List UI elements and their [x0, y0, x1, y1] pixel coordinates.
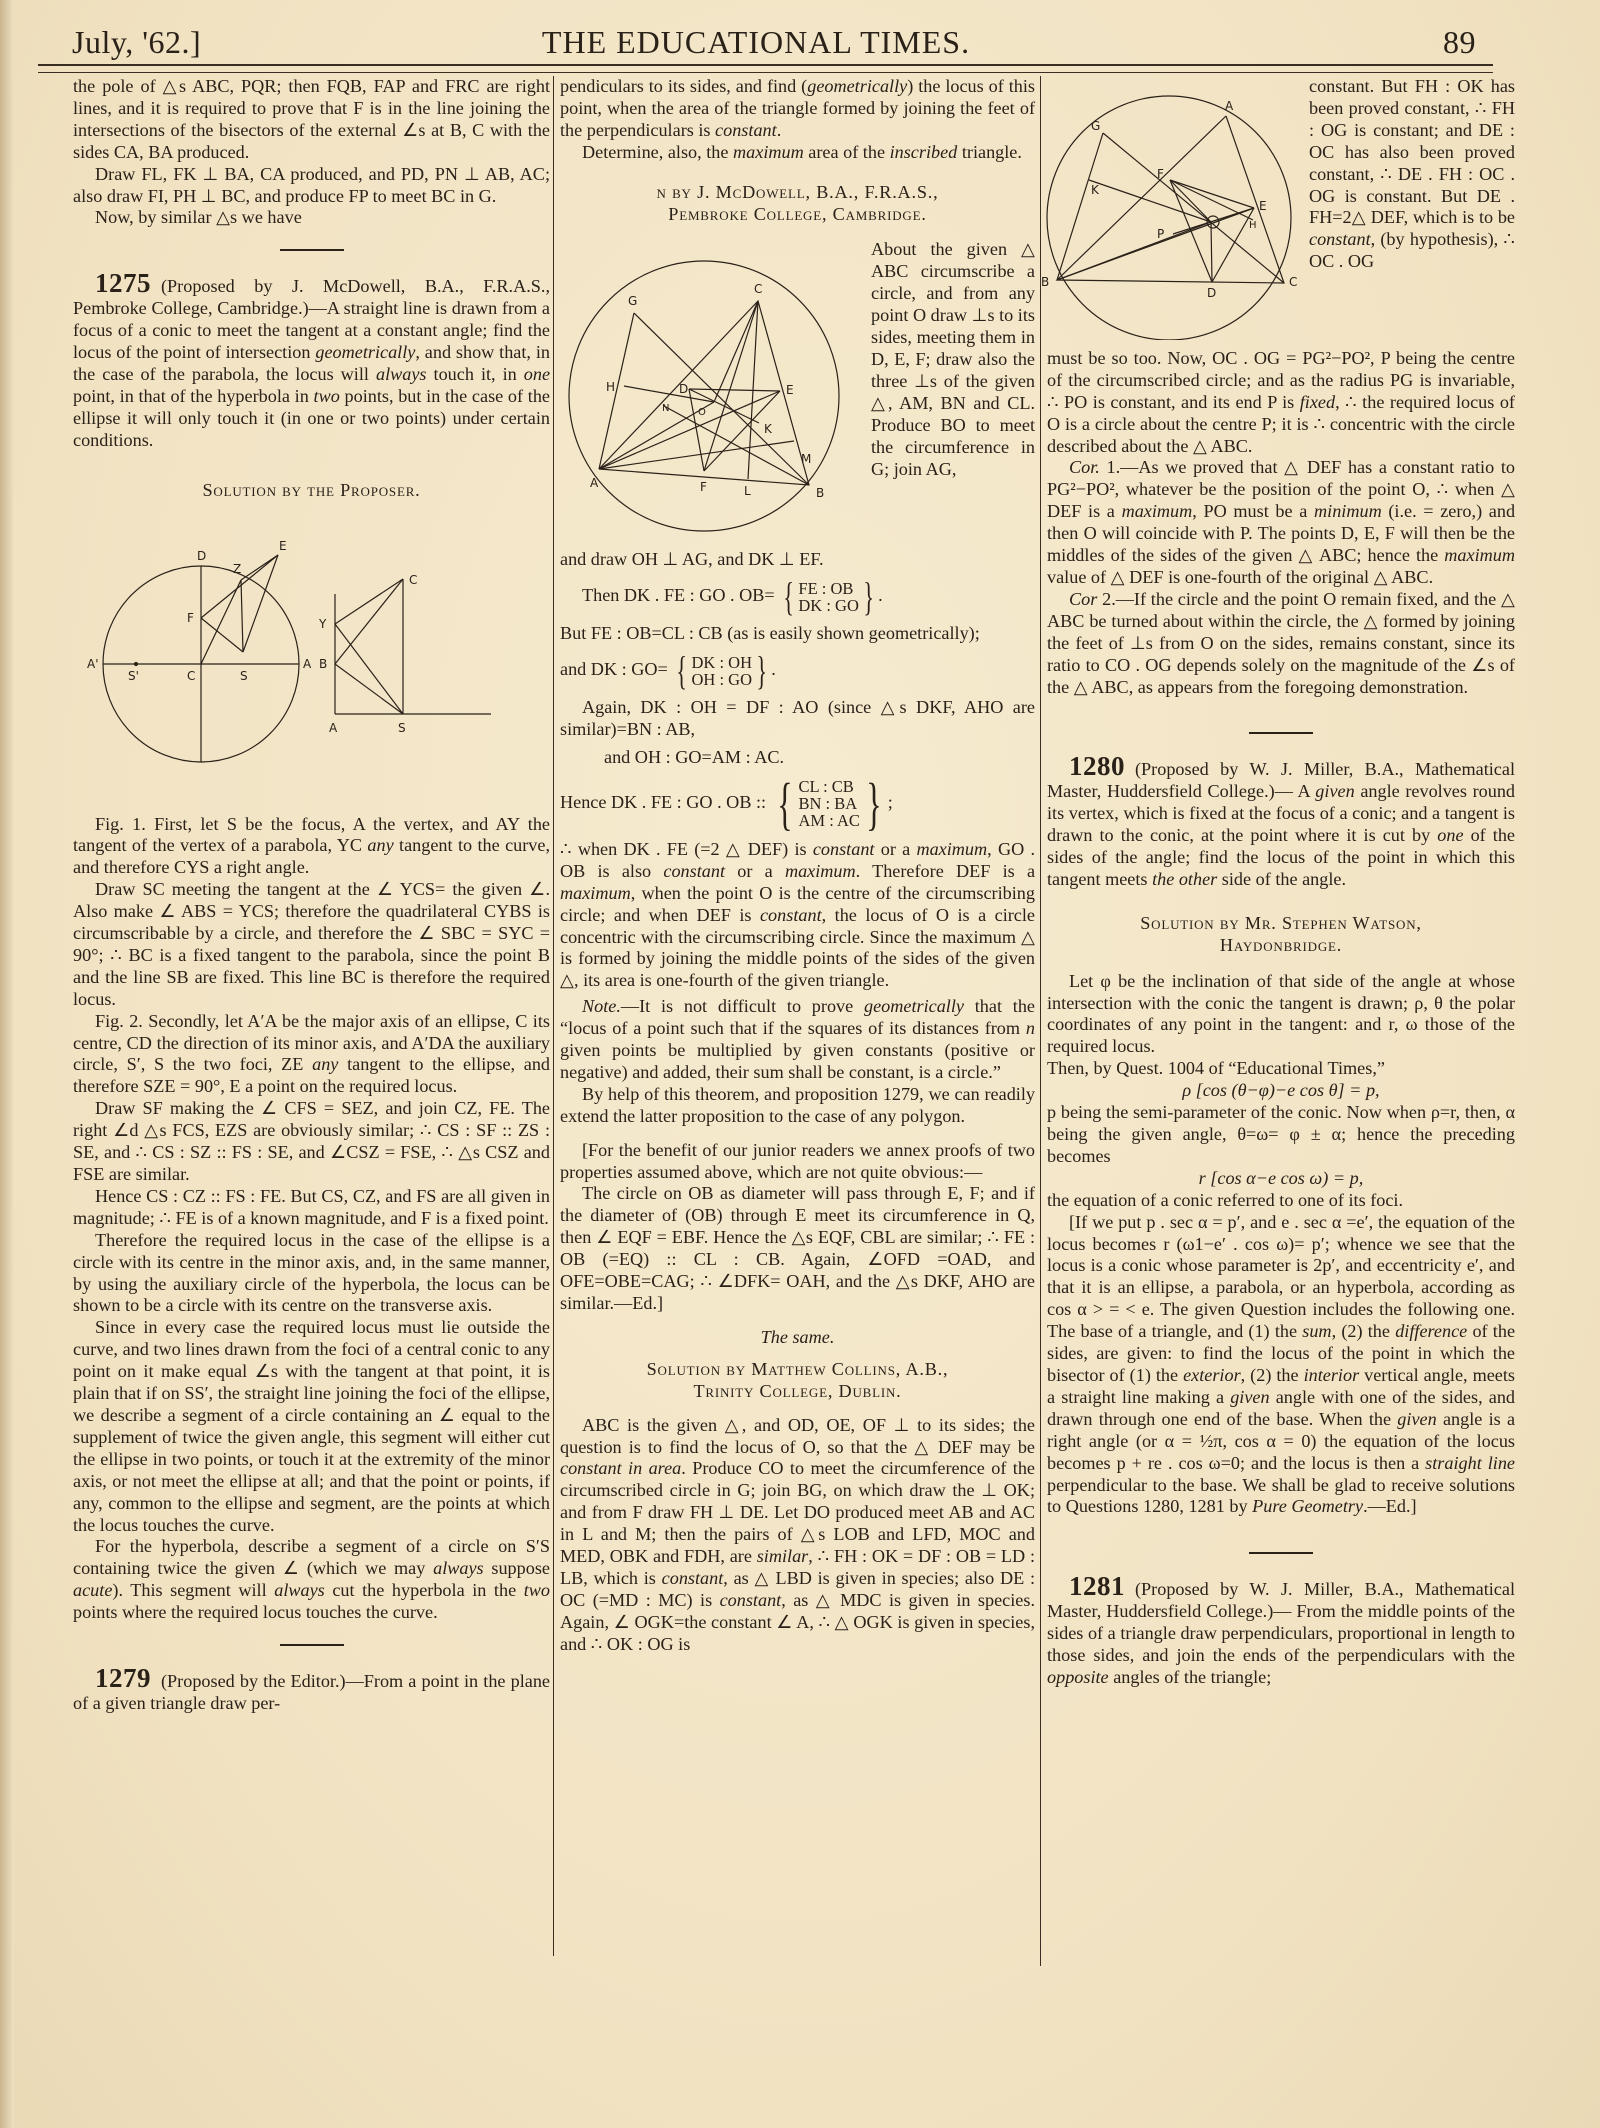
svg-text:D: D: [1207, 286, 1216, 300]
solution-heading: Solution by the Proposer.: [73, 480, 550, 502]
svg-text:H: H: [606, 380, 615, 394]
paragraph: Then, by Quest. 1004 of “Educational Tim…: [1047, 1058, 1515, 1080]
question-number: 1280: [1069, 751, 1125, 781]
svg-text:G: G: [628, 294, 637, 308]
paragraph: and draw OH ⊥ AG, and DK ⊥ EF.: [560, 549, 1035, 571]
svg-text:N: N: [662, 403, 669, 414]
figure-triangle-circle: A G F K E H O P B D C: [1039, 80, 1299, 346]
page-header: July, '62.] THE EDUCATIONAL TIMES. 89: [36, 24, 1476, 64]
svg-text:A: A: [590, 476, 599, 490]
paragraph: Determine, also, the maximum area of the…: [560, 142, 1035, 164]
svg-text:E: E: [279, 539, 287, 553]
question-1279: 1279(Proposed by the Editor.)—From a poi…: [73, 1668, 550, 1715]
svg-text:K: K: [1091, 183, 1100, 197]
svg-text:D: D: [197, 549, 206, 563]
svg-text:S': S': [128, 669, 139, 683]
section-separator: [1249, 1552, 1313, 1554]
section-separator: [280, 249, 344, 251]
paragraph: p being the semi-parameter of the conic.…: [1047, 1102, 1515, 1168]
formula: Then DK . FE : GO . OB= {FE : OBDK : GO}…: [582, 577, 1035, 617]
geometry-figure: E D Z F A' S' C S A C Y B A: [73, 514, 550, 814]
note-paragraph: Note.—It is not difficult to prove geome…: [560, 996, 1035, 1084]
paragraph: Let φ be the inclination of that side of…: [1047, 971, 1515, 1059]
paragraph: Draw SF making the ∠ CFS = SEZ, and join…: [73, 1098, 550, 1186]
svg-text:A: A: [329, 721, 338, 735]
page-binding-edge: [0, 0, 14, 2128]
publication-title: THE EDUCATIONAL TIMES.: [36, 24, 1476, 61]
question-1280: 1280(Proposed by W. J. Miller, B.A., Mat…: [1047, 756, 1515, 890]
column-left: the pole of △s ABC, PQR; then FQB, FAP a…: [73, 76, 550, 1715]
svg-text:E: E: [1259, 199, 1267, 213]
section-separator: [1249, 732, 1313, 734]
svg-text:E: E: [786, 383, 794, 397]
svg-text:O: O: [698, 407, 706, 418]
paragraph: Now, by similar △s we have: [73, 207, 550, 229]
figure-circumscribed-triangle: G C H D E N O K M A F L B: [554, 241, 859, 547]
equation: r [cos α−e cos ω) = p,: [1047, 1168, 1515, 1190]
geometry-figure: G C H D E N O K M A F L B: [554, 241, 859, 541]
paragraph: the pole of △s ABC, PQR; then FQB, FAP a…: [73, 76, 550, 164]
section-separator: [280, 1644, 344, 1646]
svg-text:L: L: [744, 484, 751, 498]
paragraph: The circle on OB as diameter will pass t…: [560, 1183, 1035, 1314]
svg-text:M: M: [801, 452, 811, 466]
paragraph: the equation of a conic referred to one …: [1047, 1190, 1515, 1212]
paragraph: Therefore the required locus in the case…: [73, 1230, 550, 1318]
solution-heading-affiliation: Haydonbridge.: [1047, 935, 1515, 957]
column-divider: [1040, 76, 1041, 1966]
svg-text:B: B: [1041, 275, 1049, 289]
solution-heading-affiliation: Pembroke College, Cambridge.: [560, 204, 1035, 226]
svg-text:B: B: [319, 657, 327, 671]
solution-heading: n by J. McDowell, B.A., F.R.A.S.,: [560, 182, 1035, 204]
editor-note: [For the benefit of our junior readers w…: [560, 1140, 1035, 1184]
paragraph: For the hyperbola, describe a segment of…: [73, 1536, 550, 1624]
paragraph: ∴ when DK . FE (=2 △ DEF) is constant or…: [560, 839, 1035, 992]
question-1275: 1275(Proposed by J. McDowell, B.A., F.R.…: [73, 273, 550, 451]
paragraph: ABC is the given △, and OD, OE, OF ⊥ to …: [560, 1415, 1035, 1656]
question-number: 1275: [95, 268, 151, 298]
svg-text:P: P: [1157, 227, 1164, 241]
svg-text:A': A': [87, 657, 99, 671]
svg-text:Y: Y: [318, 617, 327, 631]
column-right: A G F K E H O P B D C constant. But FH :…: [1047, 76, 1515, 1689]
formula: and DK : GO= {DK : OHOH : GO}.: [560, 651, 1035, 691]
figure-ellipse-parabola: E D Z F A' S' C S A C Y B A: [73, 514, 550, 814]
question-number: 1279: [95, 1663, 151, 1693]
svg-text:C: C: [1289, 275, 1297, 289]
svg-text:F: F: [187, 611, 194, 625]
svg-text:D: D: [679, 382, 688, 396]
subsection-heading: The same.: [560, 1327, 1035, 1349]
corollary-2: Cor 2.—If the circle and the point O rem…: [1047, 589, 1515, 699]
paragraph: pendiculars to its sides, and find (geom…: [560, 76, 1035, 142]
formula: Hence DK . FE : GO . OB :: {CL : CBBN : …: [560, 775, 1035, 833]
svg-text:H: H: [1249, 220, 1257, 231]
paragraph: Again, DK : OH = DF : AO (since △s DKF, …: [560, 697, 1035, 741]
svg-text:S: S: [240, 669, 248, 683]
question-number: 1281: [1069, 1571, 1125, 1601]
paragraph: must be so too. Now, OC . OG = PG²−PO², …: [1047, 348, 1515, 458]
paragraph: Draw FL, FK ⊥ BA, CA produced, and PD, P…: [73, 164, 550, 208]
paragraph: Draw SC meeting the tangent at the ∠ YCS…: [73, 879, 550, 1010]
question-1281: 1281(Proposed by W. J. Miller, B.A., Mat…: [1047, 1576, 1515, 1689]
paragraph: Fig. 2. Secondly, let A′A be the major a…: [73, 1011, 550, 1099]
paragraph: and OH : GO=AM : AC.: [560, 747, 1035, 769]
svg-text:F: F: [1157, 167, 1164, 181]
newspaper-page: July, '62.] THE EDUCATIONAL TIMES. 89 th…: [0, 0, 1600, 2128]
solution-heading: Solution by Matthew Collins, A.B.,: [560, 1359, 1035, 1381]
paragraph: Fig. 1. First, let S be the focus, A the…: [73, 814, 550, 880]
paragraph: Since in every case the required locus m…: [73, 1317, 550, 1536]
paragraph: By help of this theorem, and proposition…: [560, 1084, 1035, 1128]
svg-text:G: G: [1091, 119, 1100, 133]
svg-text:K: K: [764, 422, 773, 436]
svg-text:A: A: [303, 657, 312, 671]
corollary-1: Cor. 1.—As we proved that △ DEF has a co…: [1047, 457, 1515, 588]
svg-text:B: B: [816, 486, 824, 500]
paragraph: But FE : OB=CL : CB (as is easily shown …: [560, 623, 1035, 645]
svg-text:A: A: [1225, 99, 1234, 113]
paragraph: Hence CS : CZ :: FS : FE. But CS, CZ, an…: [73, 1186, 550, 1230]
svg-text:S: S: [398, 721, 406, 735]
solution-heading: Solution by Mr. Stephen Watson,: [1047, 913, 1515, 935]
editor-note: [If we put p . sec α = p′, and e . sec α…: [1047, 1212, 1515, 1519]
equation: ρ [cos (θ−φ)−e cos θ] = p,: [1047, 1080, 1515, 1102]
svg-text:C: C: [754, 282, 762, 296]
header-rule: [38, 64, 1493, 73]
column-middle: pendiculars to its sides, and find (geom…: [560, 76, 1035, 1656]
svg-text:C: C: [187, 669, 195, 683]
solution-heading-affiliation: Trinity College, Dublin.: [560, 1381, 1035, 1403]
svg-text:C: C: [409, 573, 417, 587]
page-number: 89: [1443, 24, 1476, 61]
geometry-figure: A G F K E H O P B D C: [1039, 80, 1299, 340]
svg-text:F: F: [700, 480, 707, 494]
svg-text:Z: Z: [233, 562, 241, 576]
